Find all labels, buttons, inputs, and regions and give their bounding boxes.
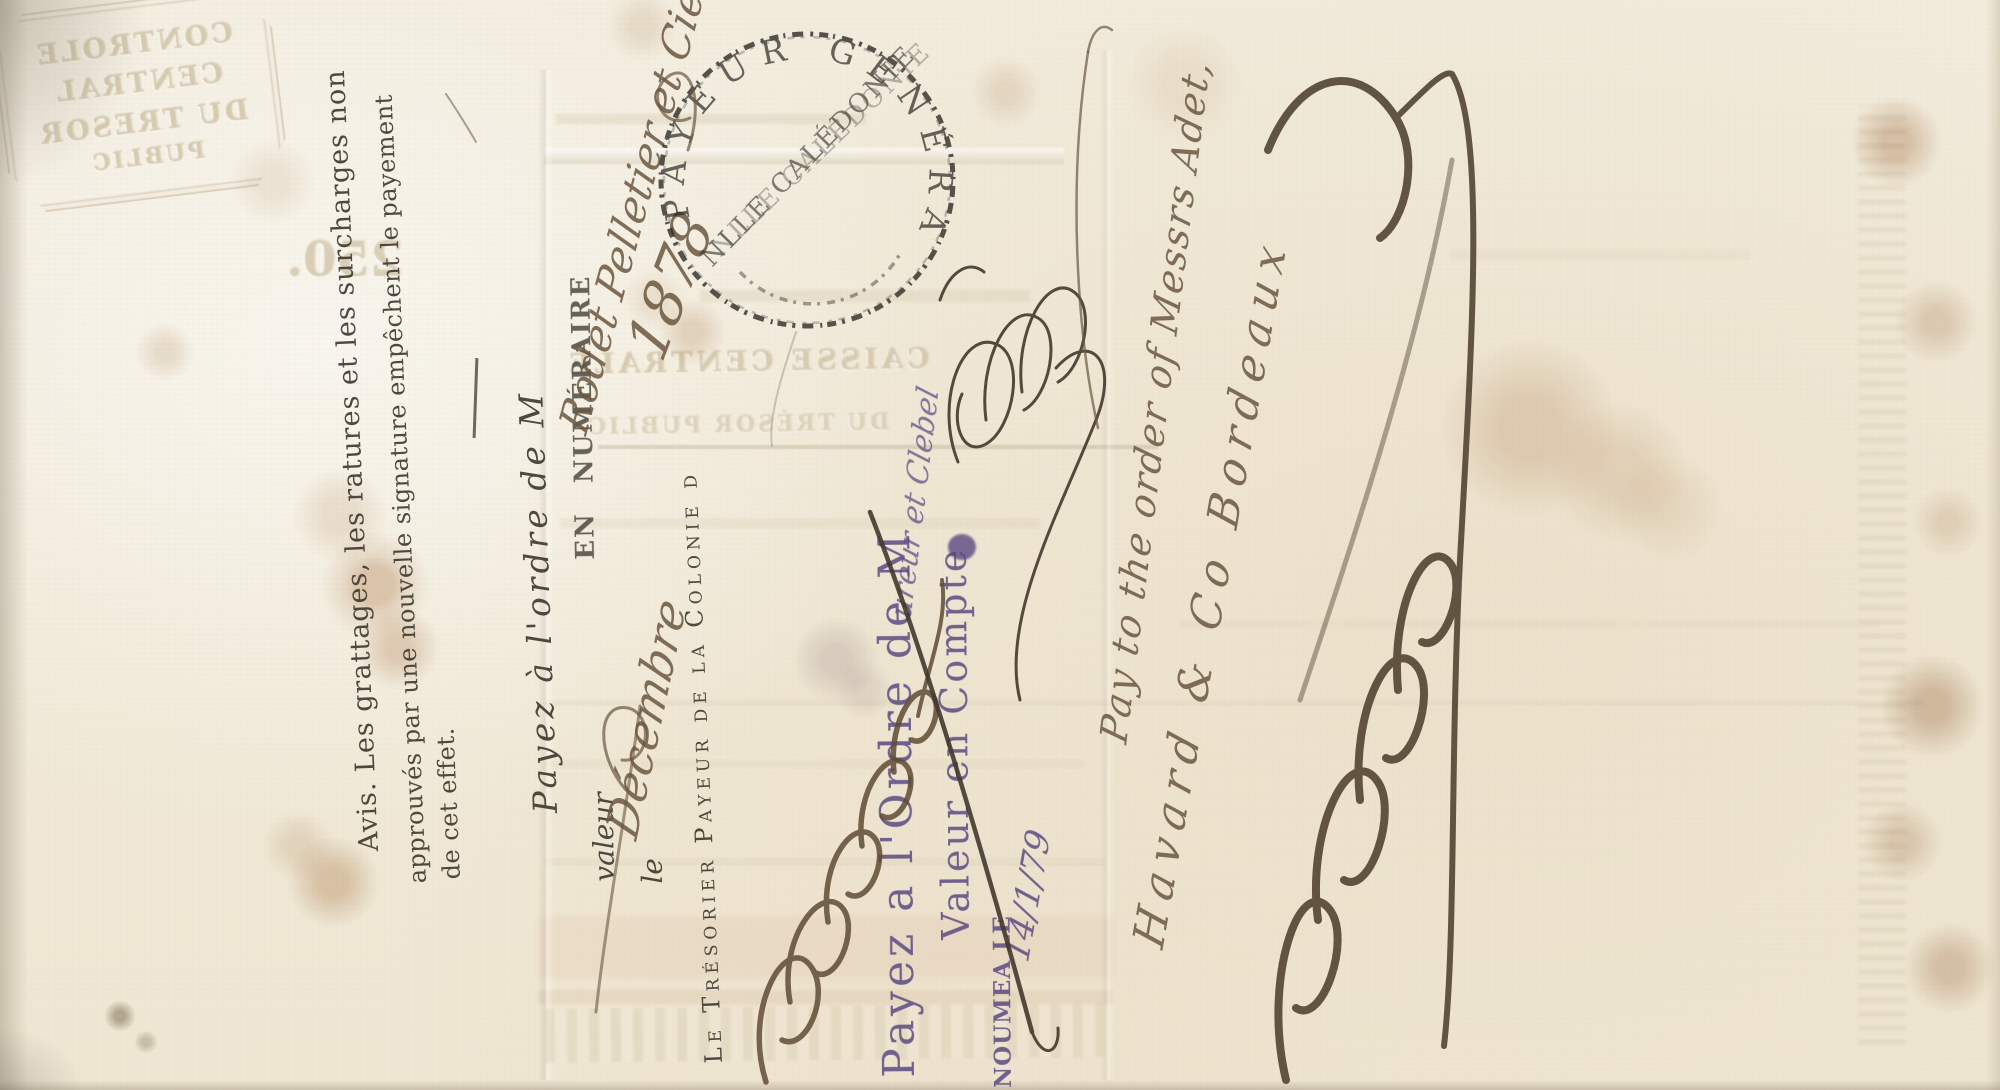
- round-stamp: PAYEUR GÉNÉRAL NLLE CALÉDONIE NLLE CALÉD…: [0, 0, 989, 353]
- scanned-document: CAISSE CENTRALE DU TRÉSOR PUBLIC 250. CO…: [0, 0, 2000, 1090]
- signature-tresorier: [759, 580, 943, 1082]
- signature-black: [870, 267, 1105, 1051]
- signature-bold: [1268, 73, 1473, 1080]
- ink-layer: PAYEUR GÉNÉRAL NLLE CALÉDONIE NLLE CALÉD…: [0, 0, 2000, 1090]
